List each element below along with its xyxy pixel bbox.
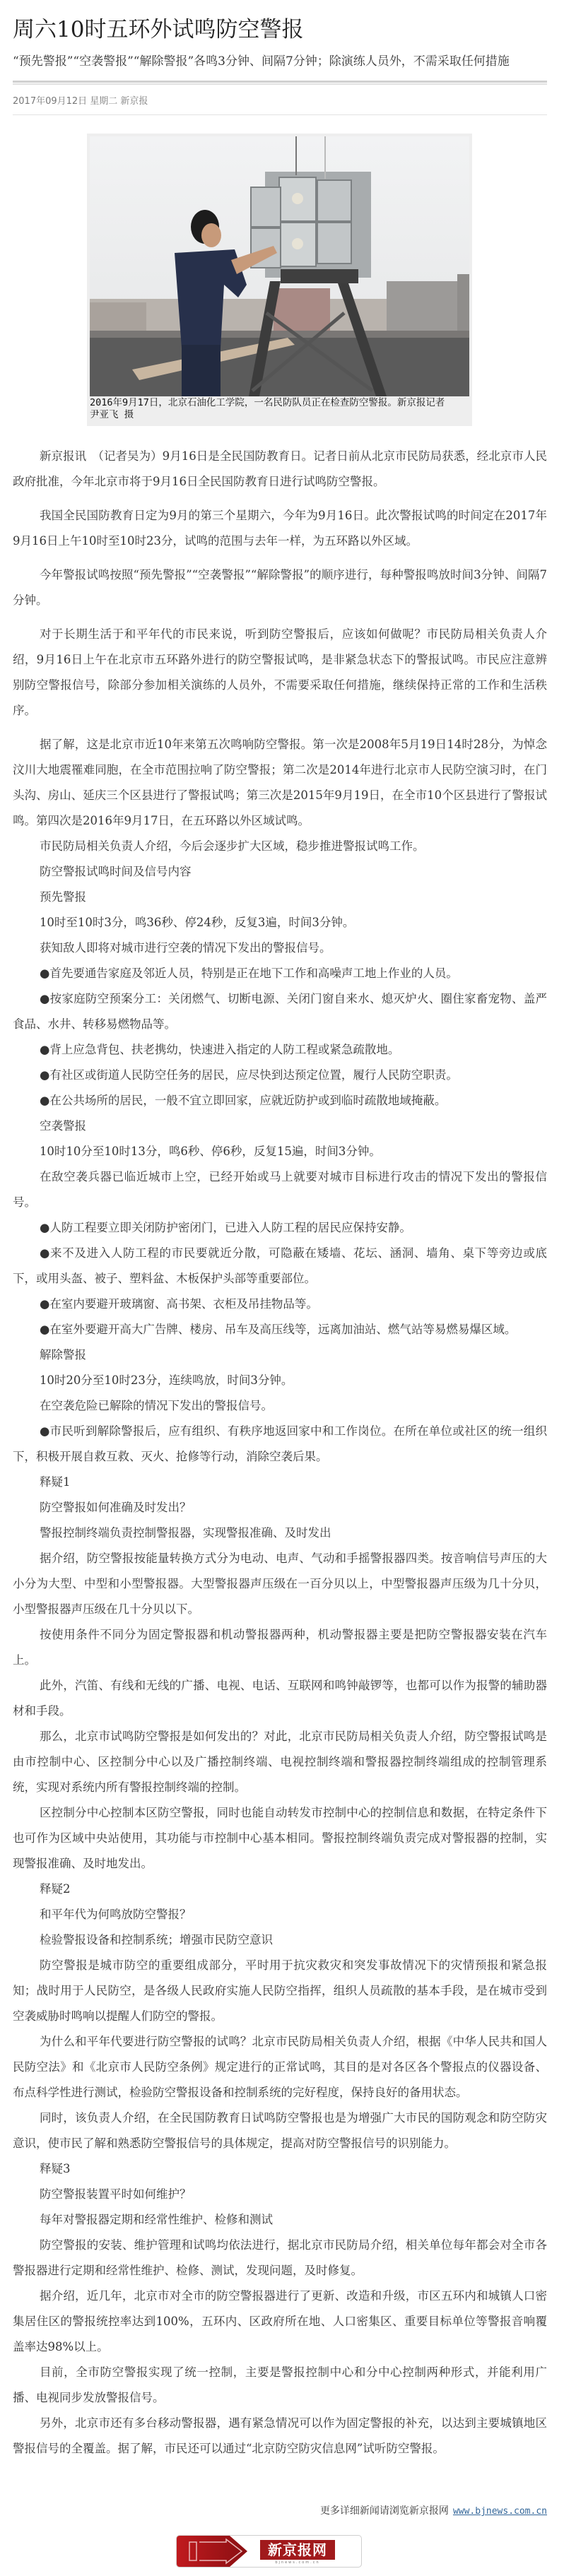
paragraph: 10时10分至10时13分，鸣6秒、停6秒，反复15遍，时间3分钟。 (13, 1139, 547, 1164)
paragraph: 为什么和平年代要进行防空警报的试鸣？北京市民防局相关负责人介绍，根据《中华人民共… (13, 2029, 547, 2105)
bullet-item: ●来不及进入人防工程的市民要就近分散，可隐蔽在矮墙、花坛、涵洞、墙角、桌下等旁边… (13, 1241, 547, 1292)
section-heading: 解除警报 (13, 1342, 547, 1368)
paragraph: 区控制分中心控制本区防空警报，同时也能自动转发市控制中心的控制信息和数据，在特定… (13, 1800, 547, 1877)
paragraph: 防空警报是城市防空的重要组成部分，平时用于抗灾救灾和突发事故情况下的灾情预报和紧… (13, 1953, 547, 2029)
paragraph: 10时至10时3分，鸣36秒、停24秒，反复3遍，时间3分钟。 (13, 910, 547, 935)
paragraph: 据介绍，近几年，北京市对全市的防空警报器进行了更新、改造和升级，市区五环内和城镇… (13, 2283, 547, 2360)
paragraph: 今年警报试鸣按照“预先警报”“空袭警报”“解除警报”的顺序进行，每种警报鸣放时间… (13, 562, 547, 613)
paragraph: 防空警报的安装、维护管理和试鸣均依法进行，据北京市民防局介绍，相关单位每年都会对… (13, 2233, 547, 2283)
meta-divider (13, 114, 547, 115)
answer-summary: 每年对警报器定期和经常性维护、检修和测试 (13, 2207, 547, 2233)
paragraph: 此外，汽笛、有线和无线的广播、电视、电话、互联网和鸣钟敲锣等，也都可以作为报警的… (13, 1673, 547, 1724)
logo-subtext: bjnews.com.cn (260, 2560, 335, 2565)
header-divider (13, 81, 547, 83)
footer-more-news: 更多详细新闻请浏览新京报网www.bjnews.com.cn (320, 2503, 547, 2517)
bullet-item: ●在室内要避开玻璃窗、高书架、衣柜及吊挂物品等。 (13, 1292, 547, 1317)
section-heading: 释疑3 (13, 2156, 547, 2182)
paragraph: 获知敌人即将对城市进行空袭的情况下发出的警报信号。 (13, 935, 547, 961)
article-body: 新京报讯 （记者吴为）9月16日是全民国防教育日。记者日前从北京市民防局获悉，经… (13, 444, 547, 2462)
question-heading: 防空警报装置平时如何维护？ (13, 2182, 547, 2207)
paragraph: 在空袭危险已解除的情况下发出的警报信号。 (13, 1393, 547, 1419)
bjnews-site-link[interactable]: www.bjnews.com.cn (453, 2506, 547, 2517)
bullet-item: ●首先要通告家庭及邻近人员，特别是正在地下工作和高噪声工地上作业的人员。 (13, 961, 547, 986)
paragraph: 另外，北京市还有多台移动警报器，遇有紧急情况可以作为固定警报的补充，以达到主要城… (13, 2411, 547, 2462)
bullet-item: ●有社区或街道人民防空任务的居民，应尽快到达预定位置，履行人民防空职责。 (13, 1063, 547, 1088)
paragraph: 在敌空袭兵器已临近城市上空，已经开始或马上就要对城市目标进行攻击的情况下发出的警… (13, 1164, 547, 1215)
section-heading: 预先警报 (13, 885, 547, 910)
paragraph: 10时20分至10时23分，连续鸣放，时间3分钟。 (13, 1368, 547, 1393)
bullet-item: ●背上应急背包、扶老携幼，快速进入指定的人防工程或紧急疏散地。 (13, 1037, 547, 1063)
paragraph: 对于长期生活于和平年代的市民来说，听到防空警报后，应该如何做呢？市民防局相关负责… (13, 622, 547, 723)
footer-more-text: 更多详细新闻请浏览新京报网 (320, 2505, 449, 2517)
paragraph: 那么，北京市试鸣防空警报是如何发出的？对此，北京市民防局相关负责人介绍，防空警报… (13, 1724, 547, 1800)
paragraph: 市民防局相关负责人介绍，今后会逐步扩大区域，稳步推进警报试鸣工作。 (13, 834, 547, 859)
section-heading: 空袭警报 (13, 1113, 547, 1139)
bullet-item: ●市民听到解除警报后，应有组织、有秩序地返回家中和工作岗位。在所在单位或社区的统… (13, 1419, 547, 1470)
answer-summary: 检验警报设备和控制系统；增强市民防空意识 (13, 1927, 547, 1953)
question-heading: 防空警报如何准确及时发出？ (13, 1495, 547, 1520)
logo-wordmark: 新京报网 (260, 2540, 335, 2560)
paragraph: 目前，全市防空警报实现了统一控制，主要是警报控制中心和分中心控制两种形式，并能利… (13, 2360, 547, 2411)
section-heading: 释疑2 (13, 1877, 547, 1902)
bjnews-logo-button[interactable]: 新京报网 bjnews.com.cn (176, 2535, 362, 2568)
bullet-item: ●在公共场所的居民，一般不宜立即回家，应就近防护或到临时疏散地域掩蔽。 (13, 1088, 547, 1113)
article-subtitle: “预先警报”“空袭警报”“解除警报”各鸣3分钟、间隔7分钟；除演练人员外，不需采… (13, 51, 547, 72)
section-heading: 释疑1 (13, 1470, 547, 1495)
article-title: 周六10时五环外试鸣防空警报 (13, 0, 547, 44)
arrow-icon (177, 2536, 256, 2567)
bullet-item: ●人防工程要立即关闭防护密闭门，已进入人防工程的居民应保持安静。 (13, 1215, 547, 1241)
paragraph: 同时，该负责人介绍，在全民国防教育日试鸣防空警报也是为增强广大市民的国防观念和防… (13, 2105, 547, 2156)
paragraph: 据了解，这是北京市近10年来第五次鸣响防空警报。第一次是2008年5月19日14… (13, 732, 547, 834)
paragraph: 据介绍，防空警报按能量转换方式分为电动、电声、气动和手摇警报器四类。按音响信号声… (13, 1546, 547, 1622)
section-heading: 防空警报试鸣时间及信号内容 (13, 859, 547, 885)
figure-caption: 2016年9月17日，北京石油化工学院，一名民防队员正在检查防空警报。新京报记者… (90, 397, 457, 421)
bullet-item: ●按家庭防空预案分工：关闭燃气、切断电源、关闭门窗自来水、熄灭炉火、圈住家畜宠物… (13, 986, 547, 1037)
paragraph: 我国全民国防教育日定为9月的第三个星期六，今年为9月16日。此次警报试鸣的时间定… (13, 503, 547, 554)
paragraph: 按使用条件不同分为固定警报器和机动警报器两种，机动警报器主要是把防空警报器安装在… (13, 1622, 547, 1673)
paragraph: 新京报讯 （记者吴为）9月16日是全民国防教育日。记者日前从北京市民防局获悉，经… (13, 444, 547, 495)
answer-summary: 警报控制终端负责控制警报器，实现警报准确、及时发出 (13, 1520, 547, 1546)
article-figure: 2016年9月17日，北京石油化工学院，一名民防队员正在检查防空警报。新京报记者… (87, 134, 472, 426)
bullet-item: ●在室外要避开高大广告牌、楼房、吊车及高压线等，远离加油站、燃气站等易燃易爆区域… (13, 1317, 547, 1342)
article-meta: 2017年09月12日 星期二 新京报 (13, 95, 547, 109)
article-container: 周六10时五环外试鸣防空警报 “预先警报”“空袭警报”“解除警报”各鸣3分钟、间… (13, 0, 547, 115)
photo-air-raid-siren (90, 136, 469, 396)
question-heading: 和平年代为何鸣放防空警报？ (13, 1902, 547, 1927)
